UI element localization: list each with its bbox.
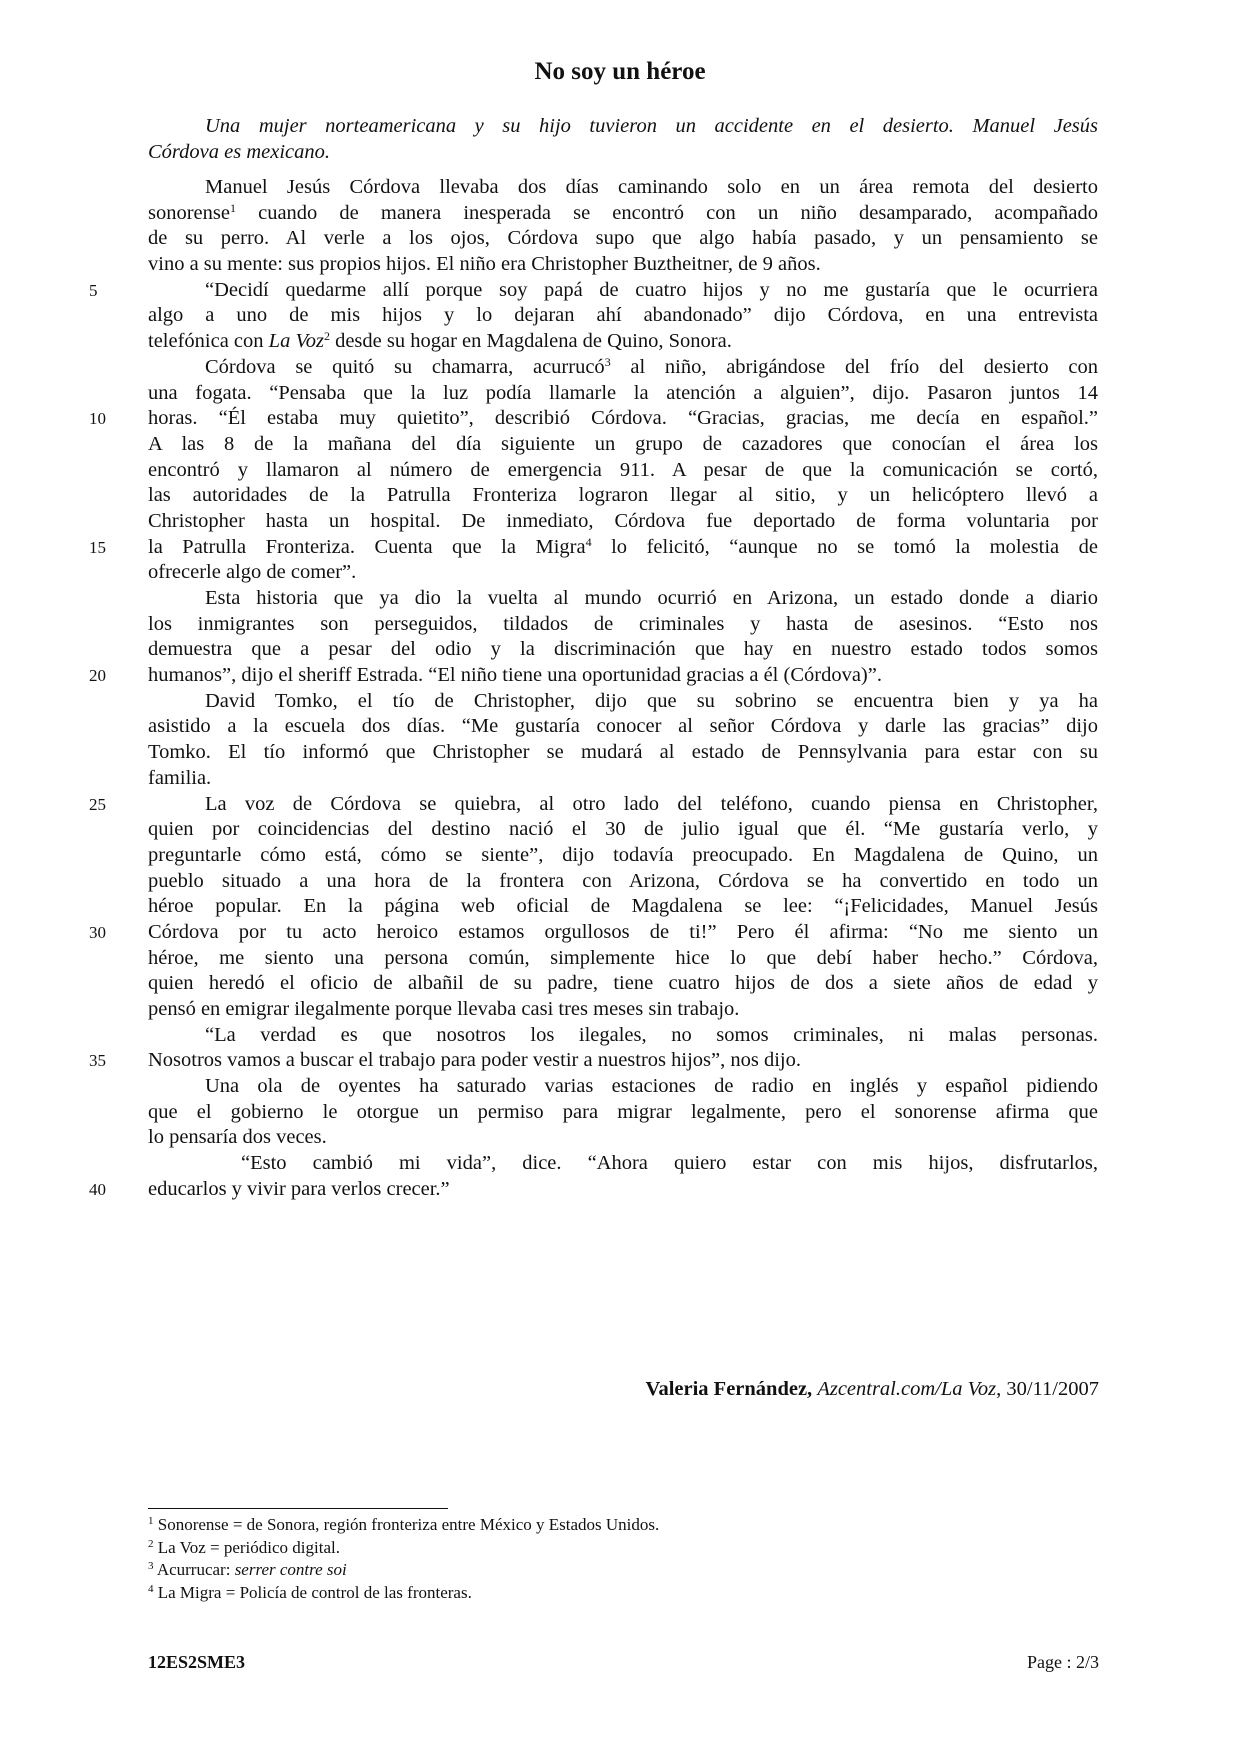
text-line: los inmigrantes son perseguidos, tildado… — [148, 612, 1098, 638]
text-line: encontró y llamaron al número de emergen… — [148, 458, 1098, 484]
text-line: las autoridades de la Patrulla Fronteriz… — [148, 483, 1098, 509]
text-line: 5“Decidí quedarme allí porque soy papá d… — [148, 278, 1098, 304]
text-line: que el gobierno le otorgue un permiso pa… — [148, 1100, 1098, 1126]
text-line: algo a uno de mis hijos y lo dejaran ahí… — [148, 303, 1098, 329]
text-line: héroe, me siento una persona común, simp… — [148, 946, 1098, 972]
text-line: demuestra que a pesar del odio y la disc… — [148, 637, 1098, 663]
text-line: 20humanos”, dijo el sheriff Estrada. “El… — [148, 663, 1098, 689]
article-body: Manuel Jesús Córdova llevaba dos días ca… — [148, 175, 1098, 1203]
text-line: Tomko. El tío informó que Christopher se… — [148, 740, 1098, 766]
text-line: quien heredó el oficio de albañil de su … — [148, 971, 1098, 997]
footnote-4: 4 La Migra = Policía de control de las f… — [148, 1582, 659, 1605]
line-number: 15 — [89, 535, 119, 561]
line-number: 40 — [89, 1177, 119, 1203]
author-name: Valeria Fernández, — [646, 1378, 813, 1400]
footnote-divider — [148, 1508, 448, 1509]
publication-date: , 30/11/2007 — [996, 1378, 1099, 1400]
line-number: 5 — [89, 278, 119, 304]
article-signature: Valeria Fernández, Azcentral.com/La Voz,… — [646, 1378, 1099, 1401]
line-number: 20 — [89, 663, 119, 689]
text-line: pensó en emigrar ilegalmente porque llev… — [148, 997, 1098, 1023]
intro-line: Una mujer norteamericana y su hijo tuvie… — [148, 114, 1098, 140]
text-line: 25La voz de Córdova se quiebra, al otro … — [148, 792, 1098, 818]
text-line: Manuel Jesús Córdova llevaba dos días ca… — [148, 175, 1098, 201]
text-line: ofrecerle algo de comer”. — [148, 560, 1098, 586]
text-line: Esta historia que ya dio la vuelta al mu… — [148, 586, 1098, 612]
text-line: de su perro. Al verle a los ojos, Córdov… — [148, 226, 1098, 252]
footnote-1: 1 Sonorense = de Sonora, región fronteri… — [148, 1514, 659, 1537]
text-line: Una ola de oyentes ha saturado varias es… — [148, 1074, 1098, 1100]
footnote-2: 2 La Voz = periódico digital. — [148, 1537, 659, 1560]
line-number: 30 — [89, 920, 119, 946]
text-line: héroe popular. En la página web oficial … — [148, 894, 1098, 920]
intro-paragraph: Una mujer norteamericana y su hijo tuvie… — [148, 114, 1098, 165]
exam-code: 12ES2SME3 — [148, 1652, 245, 1673]
text-line: asistido a la escuela dos días. “Me gust… — [148, 714, 1098, 740]
text-line: una fogata. “Pensaba que la luz podía ll… — [148, 381, 1098, 407]
line-number: 10 — [89, 406, 119, 432]
text-line: 10horas. “Él estaba muy quietito”, descr… — [148, 406, 1098, 432]
page-number: Page : 2/3 — [1027, 1652, 1099, 1673]
text-line: A las 8 de la mañana del día siguiente u… — [148, 432, 1098, 458]
text-line: sonorense1 cuando de manera inesperada s… — [148, 201, 1098, 227]
text-line: telefónica con La Voz2 desde su hogar en… — [148, 329, 1098, 355]
line-number: 35 — [89, 1048, 119, 1074]
text-line: 15la Patrulla Fronteriza. Cuenta que la … — [148, 535, 1098, 561]
document-title: No soy un héroe — [0, 58, 1240, 86]
text-line: lo pensaría dos veces. — [148, 1125, 1098, 1151]
intro-line: Córdova es mexicano. — [148, 140, 1098, 166]
text-line: preguntarle cómo está, cómo se siente”, … — [148, 843, 1098, 869]
text-line: Córdova se quitó su chamarra, acurrucó3 … — [148, 355, 1098, 381]
text-line: 35Nosotros vamos a buscar el trabajo par… — [148, 1048, 1098, 1074]
source-name: Azcentral.com/La Voz — [817, 1378, 996, 1400]
text-line: pueblo situado a una hora de la frontera… — [148, 869, 1098, 895]
text-line: vino a su mente: sus propios hijos. El n… — [148, 252, 1098, 278]
text-line: “Esto cambió mi vida”, dice. “Ahora quie… — [148, 1151, 1098, 1177]
text-line: 30Córdova por tu acto heroico estamos or… — [148, 920, 1098, 946]
text-line: familia. — [148, 766, 1098, 792]
text-line: 40educarlos y vivir para verlos crecer.” — [148, 1177, 1098, 1203]
line-number: 25 — [89, 792, 119, 818]
text-line: Christopher hasta un hospital. De inmedi… — [148, 509, 1098, 535]
text-line: quien por coincidencias del destino naci… — [148, 817, 1098, 843]
footnotes: 1 Sonorense = de Sonora, región fronteri… — [148, 1514, 659, 1604]
text-line: David Tomko, el tío de Christopher, dijo… — [148, 689, 1098, 715]
footnote-3: 3 Acurrucar: serrer contre soi — [148, 1559, 659, 1582]
text-line: “La verdad es que nosotros los ilegales,… — [148, 1023, 1098, 1049]
